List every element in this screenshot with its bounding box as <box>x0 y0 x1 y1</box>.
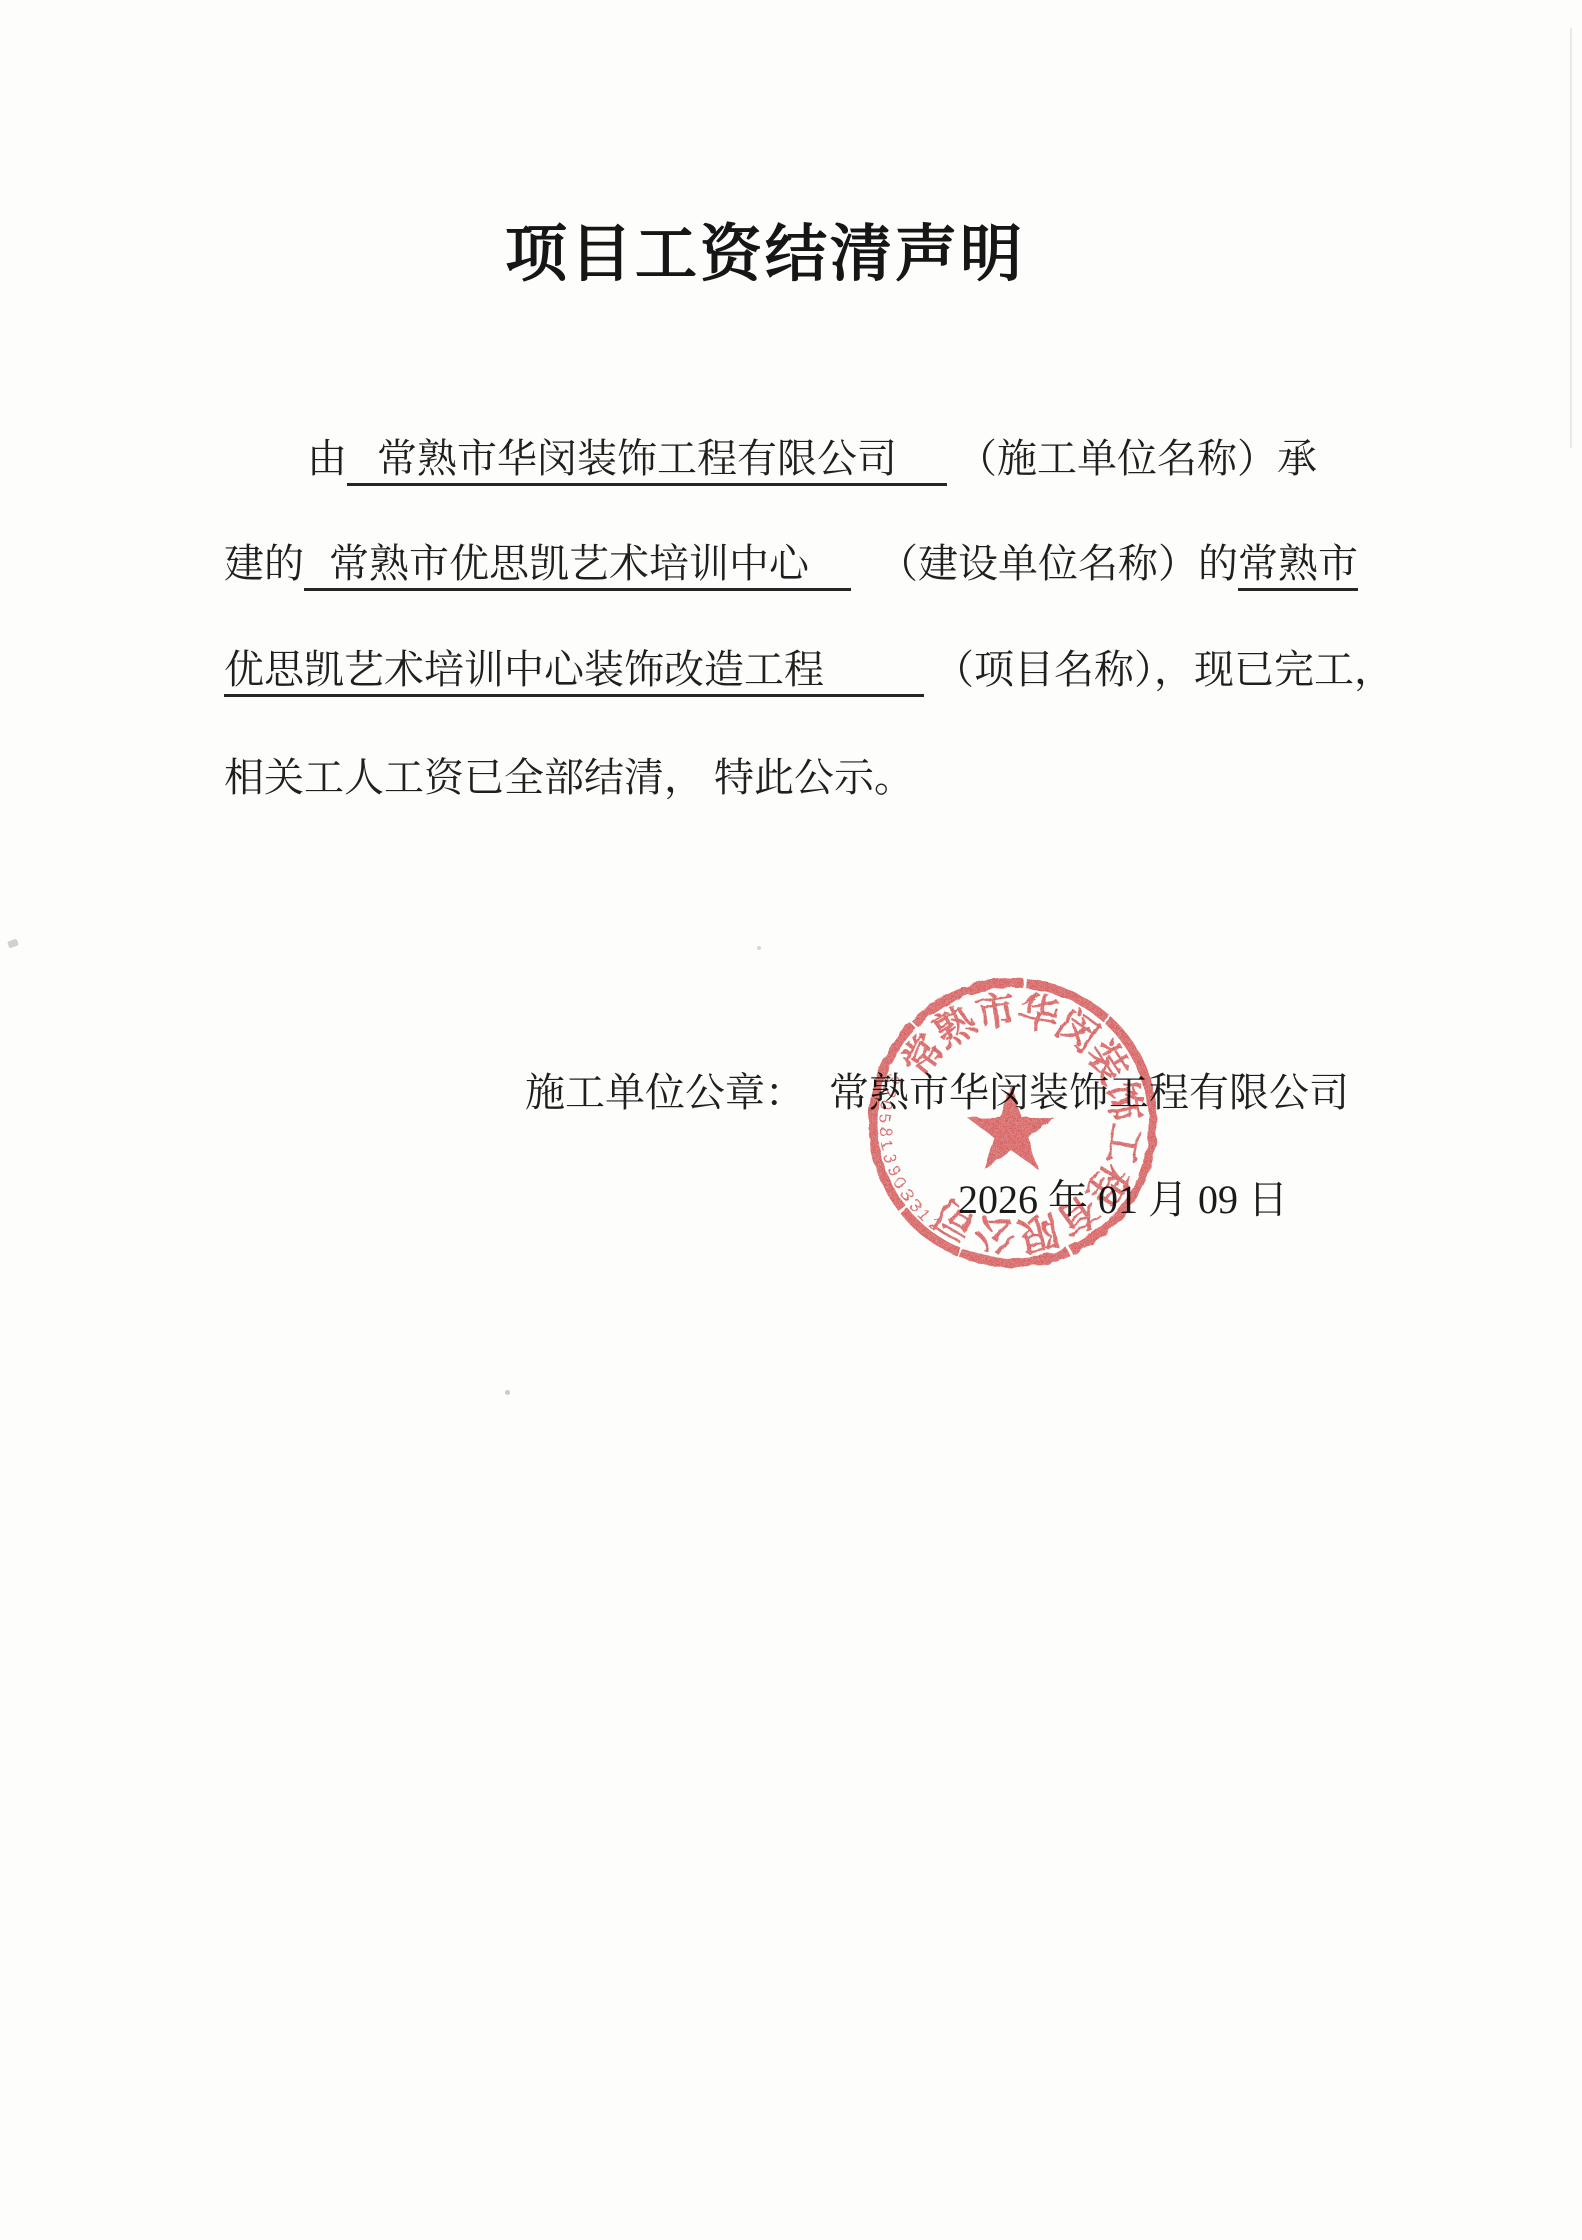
seal-serial-number: 3205813903312 <box>875 1072 943 1235</box>
svg-text:3: 3 <box>880 1151 901 1165</box>
paragraph-line-2: 建的常熟市优思凯艺术培训中心（建设单位名称）的常熟市 <box>224 541 1358 587</box>
svg-text:饰: 饰 <box>1097 1078 1148 1126</box>
scan-artifact <box>505 1390 510 1395</box>
field-project-name-rest: 优思凯艺术培训中心装饰改造工程 <box>224 647 924 697</box>
svg-text:3: 3 <box>882 1072 903 1087</box>
field-owner-name: 常熟市优思凯艺术培训中心 <box>304 541 851 591</box>
svg-text:2: 2 <box>878 1085 899 1099</box>
field-construction-company: 常熟市华闵装饰工程有限公司 <box>347 436 947 486</box>
scan-edge-line <box>1570 28 1572 448</box>
page-title: 项目工资结清声明 <box>505 204 1025 293</box>
svg-text:限: 限 <box>1014 1206 1063 1258</box>
svg-text:5: 5 <box>875 1113 894 1123</box>
field-project-name-start: 常熟市 <box>1238 541 1358 591</box>
svg-text:1: 1 <box>877 1139 897 1152</box>
seal-star-icon <box>967 1086 1054 1169</box>
paragraph-line-3: 优思凯艺术培训中心装饰改造工程（项目名称），现已完工， <box>224 647 1394 693</box>
paragraph-line-1: 由常熟市华闵装饰工程有限公司（施工单位名称）承 <box>307 436 1317 482</box>
svg-text:市: 市 <box>972 988 1018 1038</box>
line2-middle-text: （建设单位名称）的 <box>878 541 1238 586</box>
scan-artifact <box>7 939 19 949</box>
line2-lead-text: 建的 <box>224 541 304 586</box>
scan-artifact <box>757 946 761 950</box>
company-seal: 常熟市华闵装饰工程有限公司 3205813903312 <box>840 950 1186 1296</box>
line1-lead-text: 由 <box>307 436 347 481</box>
line1-trailing-text: （施工单位名称）承 <box>957 436 1317 481</box>
svg-text:0: 0 <box>876 1099 896 1111</box>
svg-text:8: 8 <box>875 1127 895 1138</box>
paragraph-line-4: 相关工人工资已全部结清， 特此公示。 <box>224 755 914 801</box>
document-page: 项目工资结清声明 由常熟市华闵装饰工程有限公司（施工单位名称）承 建的常熟市优思… <box>0 0 1582 2240</box>
signature-label: 施工单位公章： <box>525 1070 805 1115</box>
line3-trailing-text: （项目名称），现已完工， <box>934 647 1394 692</box>
